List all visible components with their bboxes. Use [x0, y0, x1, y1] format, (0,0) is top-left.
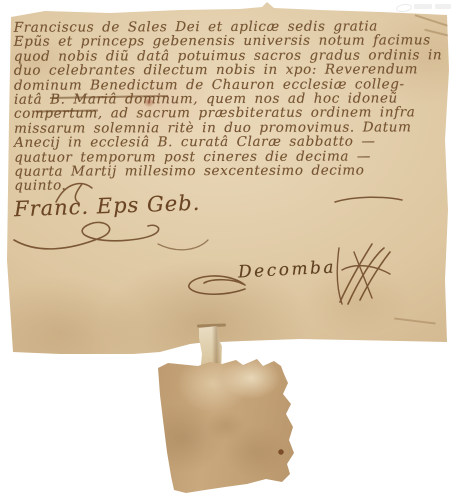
- photo-canvas: Franciscus de Sales Dei et aplicæ sedis …: [0, 0, 455, 500]
- ink-blot: [144, 98, 155, 107]
- manuscript-text: Franciscus de Sales Dei et aplicæ sedis …: [14, 19, 445, 193]
- parchment-document: Franciscus de Sales Dei et aplicæ sedis …: [6, 2, 452, 354]
- crease-line: [394, 317, 436, 324]
- manuscript-line: Anecij in ecclesiâ B. curatâ Claræ sabba…: [14, 134, 444, 150]
- countersignature: Decomba: [238, 257, 337, 282]
- signature-flourish-icon: [8, 210, 263, 256]
- watermark-text-blur: [435, 4, 451, 9]
- watermark-text-blur: [414, 4, 432, 9]
- seal-fragment: [155, 356, 297, 496]
- paraph-icon: [332, 240, 398, 308]
- watermark: [396, 1, 454, 13]
- manuscript-line: quarta Martij millesimo sexcentesimo dec…: [14, 163, 444, 179]
- signature-dash-icon: [333, 195, 405, 205]
- watermark-logo-icon: [396, 3, 413, 13]
